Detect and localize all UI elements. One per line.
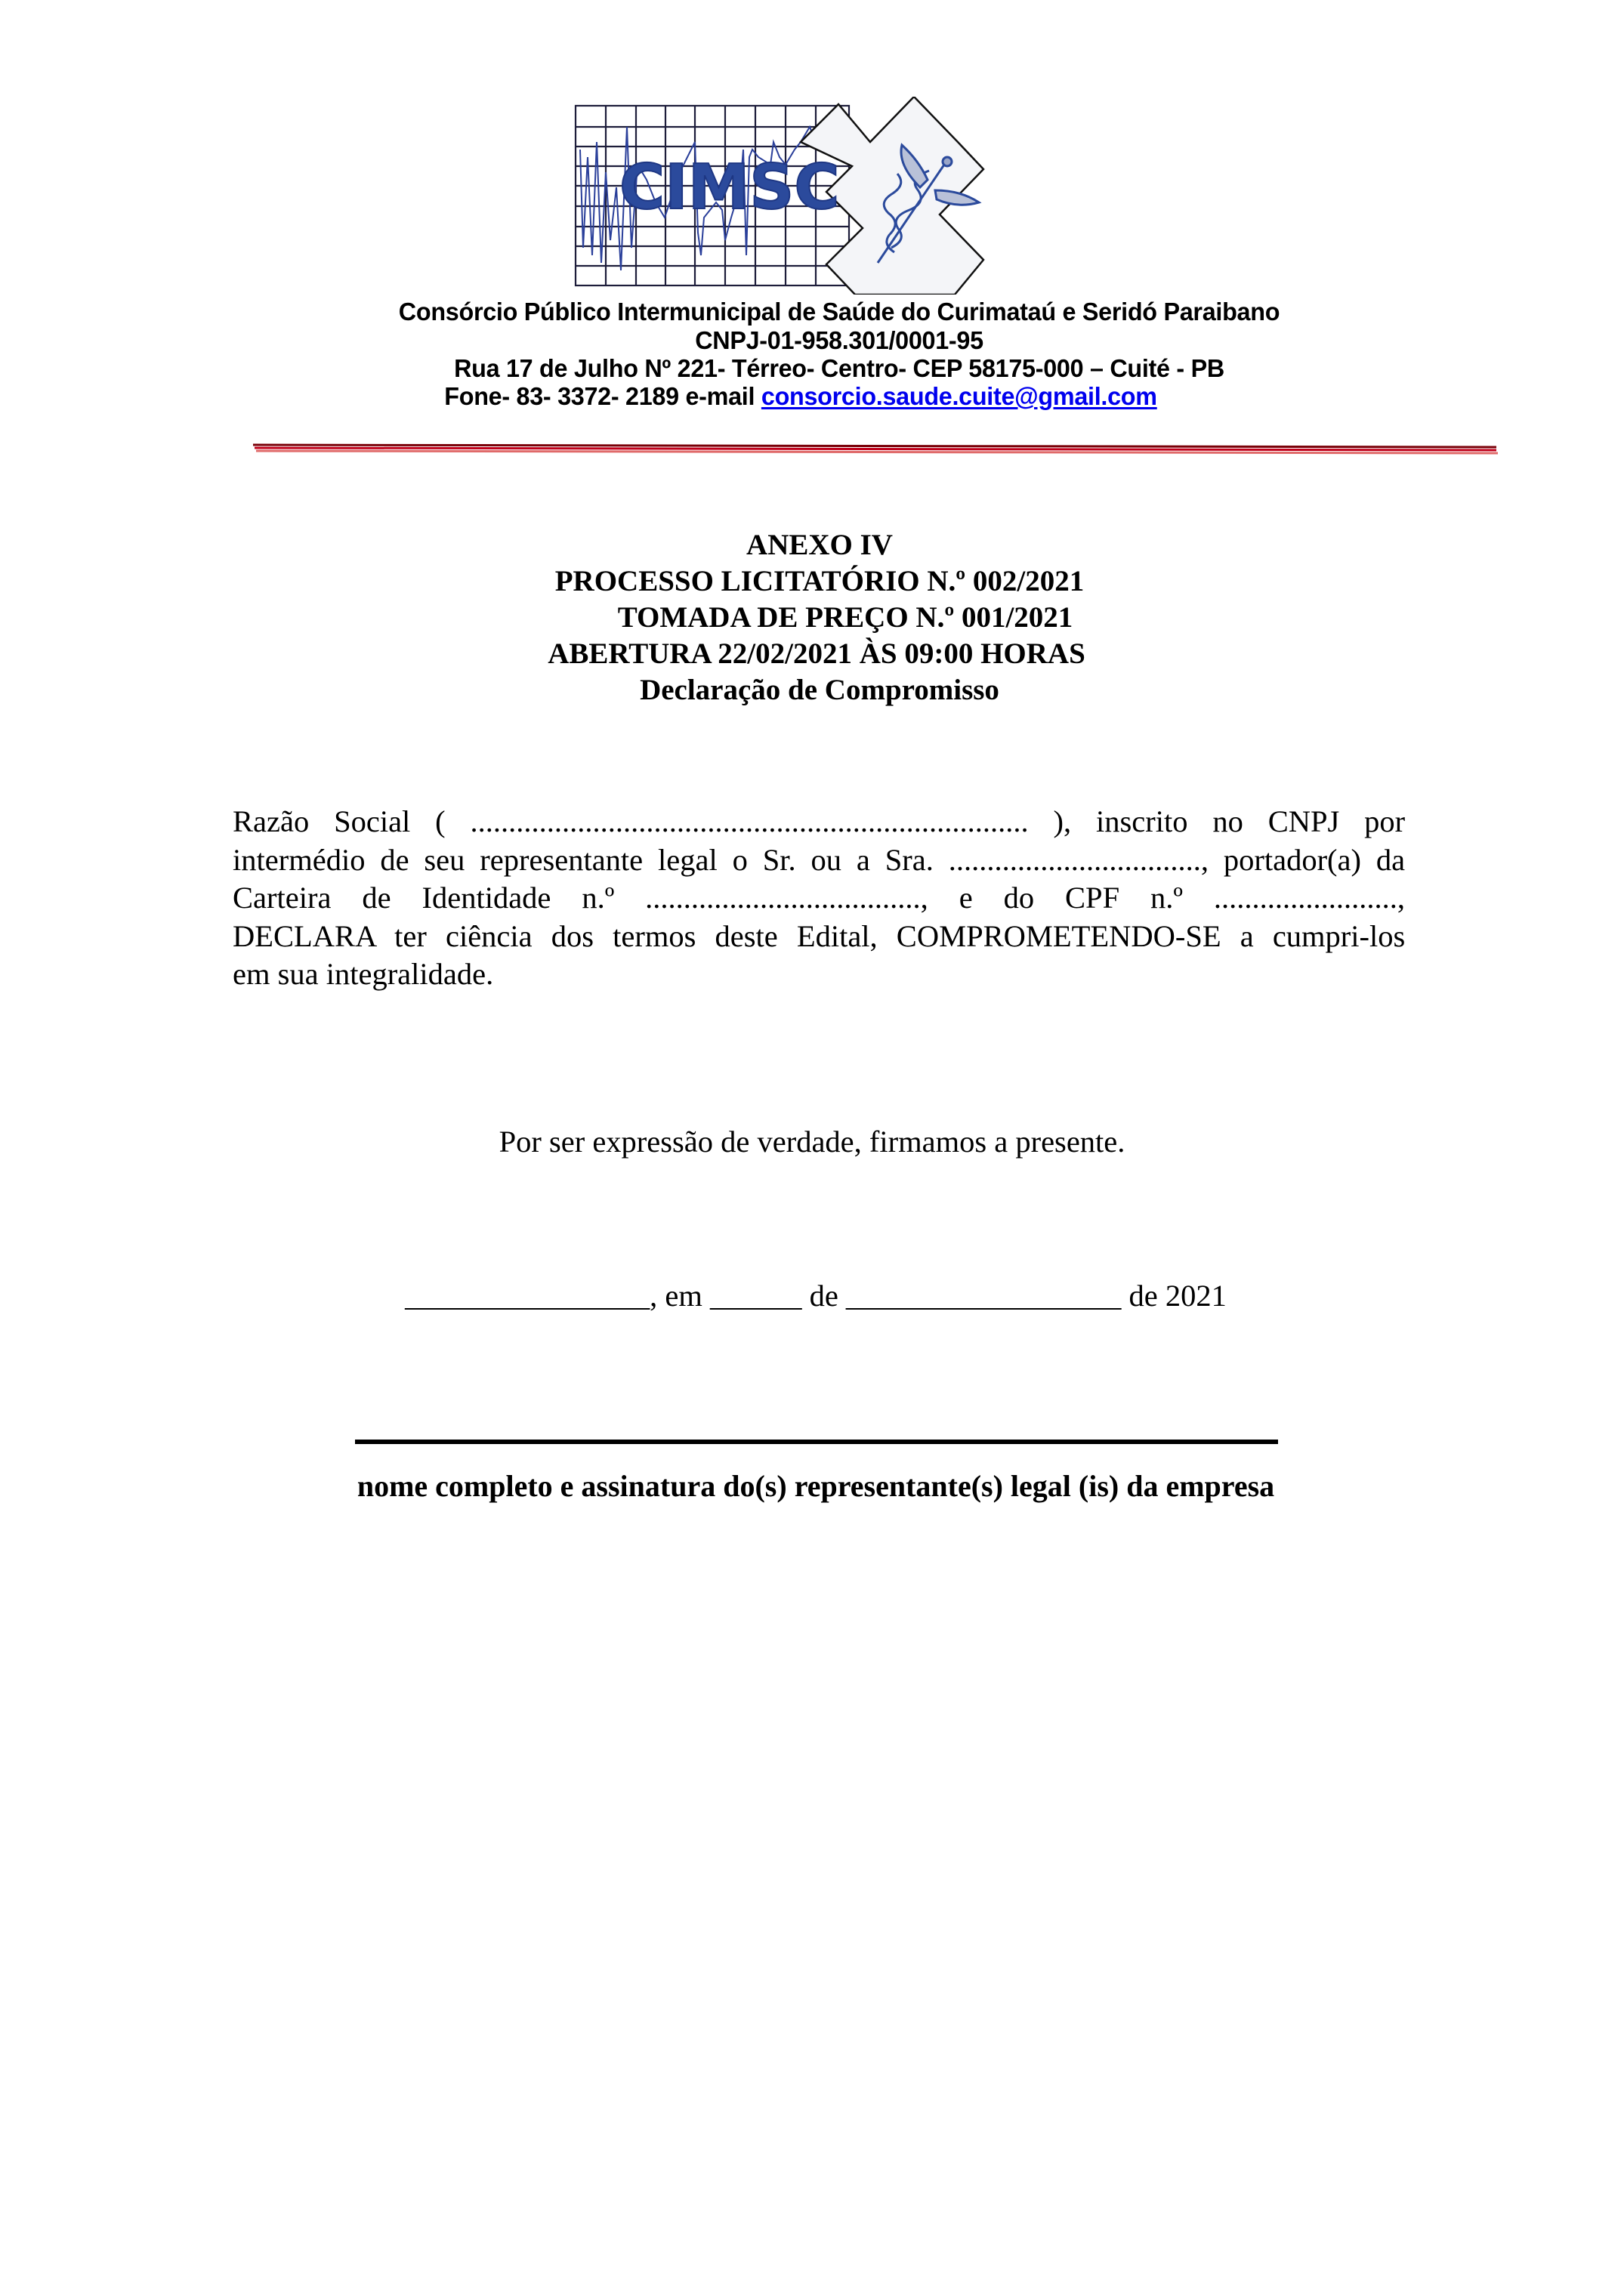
document-subtitle: Declaração de Compromisso [8, 672, 1624, 708]
tender-number: TOMADA DE PREÇO N.º 001/2021 [33, 600, 1624, 636]
declaration-paragraph: Razão Social ( .........................… [233, 803, 1405, 994]
annex-title: ANEXO IV [8, 527, 1624, 563]
paragraph-line: Carteira de Identidade n.º .............… [233, 879, 1405, 918]
process-number: PROCESSO LICITATÓRIO N.º 002/2021 [8, 563, 1624, 600]
paragraph-line: DECLARA ter ciência dos termos deste Edi… [233, 918, 1405, 956]
phone-text: Fone- 83- 3372- 2189 e-mail [444, 382, 761, 410]
organization-name: Consórcio Público Intermunicipal de Saúd… [44, 298, 1624, 326]
organization-address: Rua 17 de Julho Nº 221- Térreo- Centro- … [44, 354, 1624, 383]
paragraph-line: em sua integralidade. [233, 955, 1405, 994]
opening-date: ABERTURA 22/02/2021 ÀS 09:00 HORAS [5, 636, 1624, 672]
cimsc-logo: CIMSC [574, 97, 1065, 295]
email-link[interactable]: consorcio.saude.cuite@gmail.com [761, 382, 1157, 410]
signature-line [355, 1440, 1278, 1444]
organization-cnpj: CNPJ-01-958.301/0001-95 [44, 326, 1624, 355]
organization-contact: Fone- 83- 3372- 2189 e-mail consorcio.sa… [5, 382, 1597, 411]
svg-text:CIMSC: CIMSC [619, 152, 840, 224]
closing-statement: Por ser expressão de verdade, firmamos a… [0, 1124, 1624, 1159]
paragraph-line: Razão Social ( .........................… [233, 803, 1405, 841]
paragraph-line: intermédio de seu representante legal o … [233, 841, 1405, 880]
header-divider [253, 443, 1498, 456]
place-date-line: ________________, em ______ de _________… [4, 1278, 1624, 1313]
signature-caption: nome completo e assinatura do(s) represe… [4, 1468, 1624, 1504]
